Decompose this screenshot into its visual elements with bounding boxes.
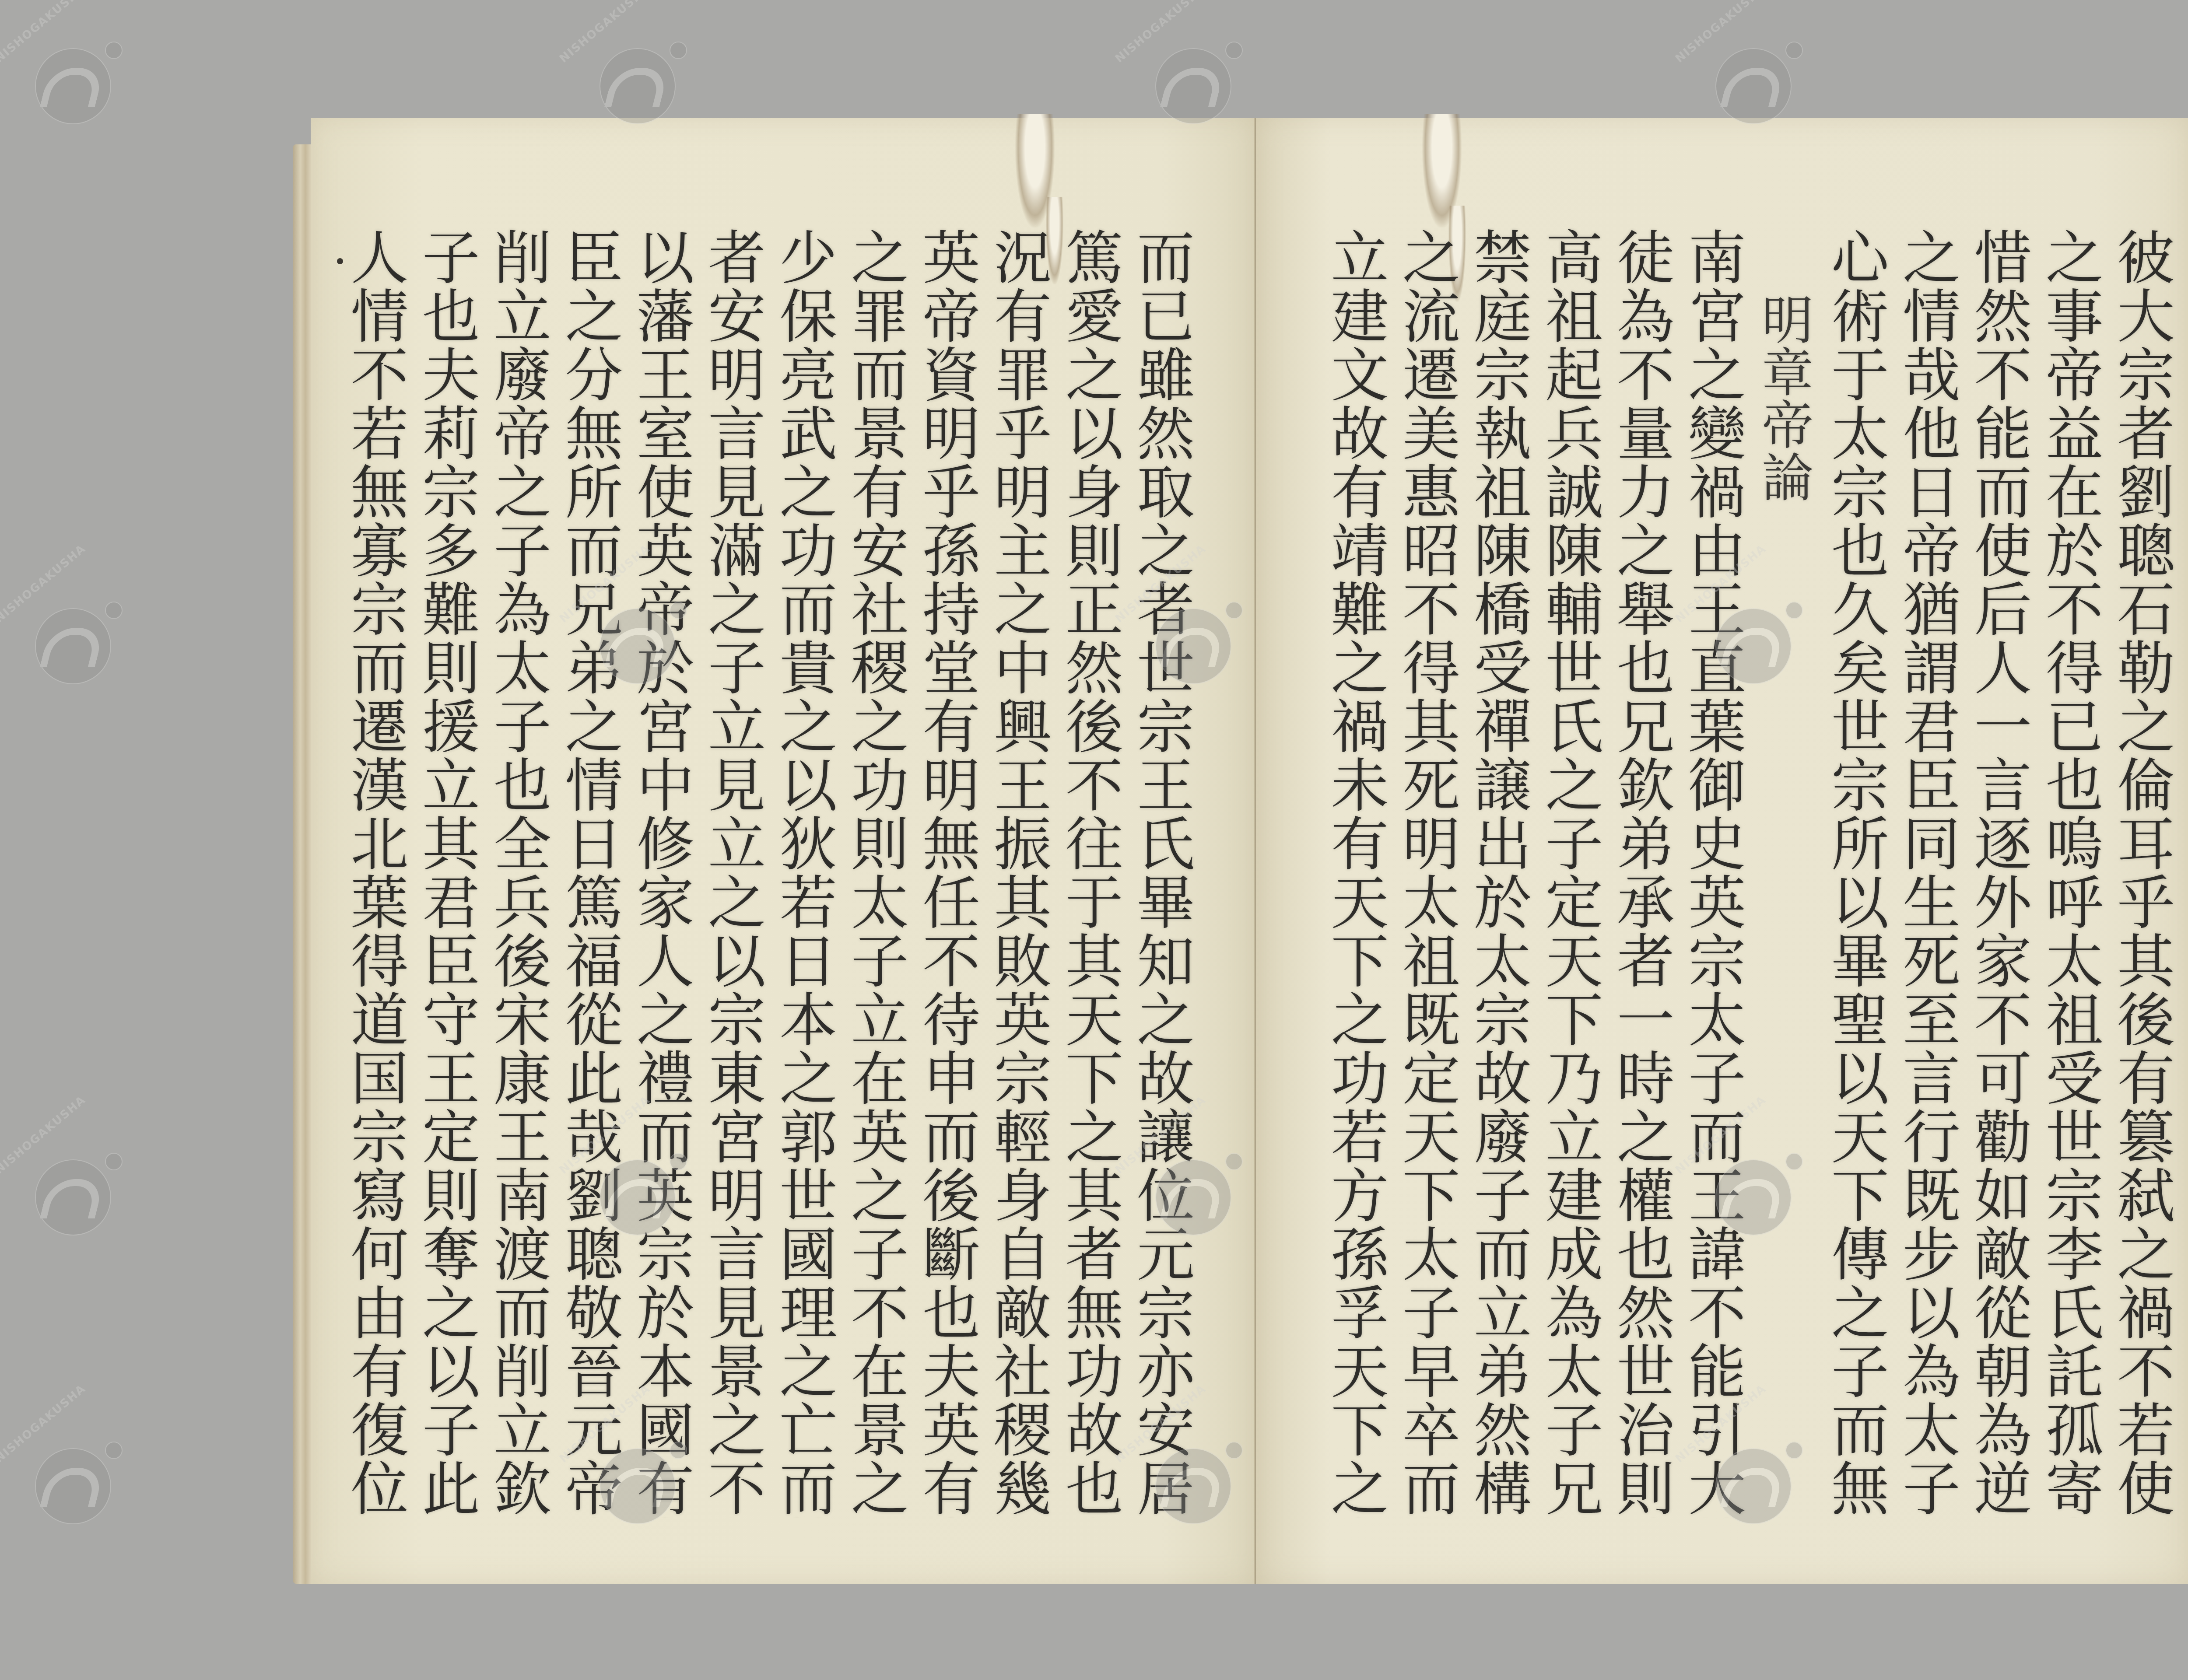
nishogakusha-logo-icon: NISHOGAKUSHA	[18, 1426, 118, 1527]
text-column: 之流遷美惠昭不得其死明太祖既定天下太子早卒而立王為孫	[1393, 227, 1464, 1518]
watermark-label: NISHOGAKUSHA	[557, 0, 653, 66]
text-column: 之罪而景有安社稷之功則太子立在英之子不在景之子且夫景帝有	[842, 227, 913, 1518]
text-column: 高祖起兵誠陳輔世氏之子定天下乃立建成為太子兄弟無争者無流	[1536, 227, 1607, 1518]
right-page: 彼大宗者劉聰石勒之倫耳乎其後有篡弑之禍不若使我有遜讓之事帝益在於不得已也嗚呼太祖…	[1256, 118, 2188, 1584]
text-column: 之情哉他日帝猶謂君臣同生死至言行既步以為太子天子禍悲此皆所及之事之	[1893, 227, 1965, 1518]
nishogakusha-logo-icon: NISHOGAKUSHA	[1138, 26, 1238, 127]
nishogakusha-logo-icon: NISHOGAKUSHA	[18, 586, 118, 687]
nishogakusha-logo-icon: NISHOGAKUSHA	[1698, 26, 1799, 127]
text-column: 削立廢帝之子為太子也全兵後宋康王南渡而削立欽宗之子為太	[484, 227, 556, 1518]
nishogakusha-logo-icon: NISHOGAKUSHA	[18, 1137, 118, 1238]
text-column: 彼大宗者劉聰石勒之倫耳乎其後有篡弑之禍不若使我有遜讓	[2108, 227, 2179, 1518]
text-column: 篤愛之以身則正然後不往于其天下之其者無功故也夫無功且不可而	[1056, 227, 1127, 1518]
text-column: 英帝資明乎孫持堂有明無任不待申而後斷也夫英有廢社稷	[913, 227, 985, 1518]
text-column: 而已雖然取之者世宗王氏畢知之故讓位元宗亦安居且此數君以	[1128, 227, 1199, 1518]
watermark-label: NISHOGAKUSHA	[0, 542, 88, 626]
nishogakusha-logo-icon: NISHOGAKUSHA	[582, 26, 683, 127]
right-page-text: 彼大宗者劉聰石勒之倫耳乎其後有篡弑之禍不若使我有遜讓之事帝益在於不得已也嗚呼太祖…	[1322, 227, 2179, 1584]
text-column: 少保亮武之功而貴之以狄若日本之郭世國理之亡而勢之難也為讓	[770, 227, 842, 1518]
text-column: 禁庭宗執祖陳橋受禪譲出於太宗故廢子而立弟然構禍國有大亂	[1465, 227, 1536, 1518]
left-page-stack-edge	[293, 144, 311, 1584]
nishogakusha-logo-icon: NISHOGAKUSHA	[18, 26, 118, 127]
watermark-label: NISHOGAKUSHA	[1673, 0, 1769, 66]
section-title-column: 明章帝論	[1750, 227, 1822, 1584]
watermark-label: NISHOGAKUSHA	[0, 0, 88, 66]
text-column: 況有罪乎明主之中興王振其敗英宗輕身自敵社稷幾危者罪	[985, 227, 1056, 1518]
text-column: 徒為不量力之舉也兄欽弟承者一時之權也然世治則論長廿則依功君	[1607, 227, 1679, 1518]
text-column: 臣之分無所而兄弟之情日篤福從此哉劉聰敬晉元帝事世不	[556, 227, 627, 1518]
watermark-label: NISHOGAKUSHA	[0, 1382, 88, 1466]
text-column: 子也夫莉宗多難則援立其君臣守王定則奪之以子此固之子天下	[413, 227, 484, 1518]
text-column: 之事帝益在於不得已也嗚呼太祖受世宗李氏託孤寄命臣取天下	[2036, 227, 2107, 1518]
open-book: 而已雖然取之者世宗王氏畢知之故讓位元宗亦安居且此數君以篤愛之以身則正然後不往于其…	[293, 118, 2188, 1584]
left-page: 而已雖然取之者世宗王氏畢知之故讓位元宗亦安居且此數君以篤愛之以身則正然後不往于其…	[311, 118, 1256, 1584]
watermark-label: NISHOGAKUSHA	[1113, 0, 1209, 66]
text-column: 以藩王室使英帝於宮中修家人之禮而英宗於本國有太上之尊君	[627, 227, 698, 1518]
left-page-text: 而已雖然取之者世宗王氏畢知之故讓位元宗亦安居且此數君以篤愛之以身則正然後不往于其…	[341, 227, 1199, 1518]
text-column: 惜然不能而使后人一言逐外家不可勸如敵從朝為逆難棄為叔有此意之	[1965, 227, 2036, 1518]
text-column: 人情不若無寡宗而遷漢北葉得道国宗寫何由有復位之一哉	[341, 227, 413, 1518]
text-column: 者安明言見滿之子立見立之以宗東宮明言見景之不立立逢封之	[699, 227, 770, 1518]
text-column: 心術于太宗也久矣世宗所以畢聖以天下傳之子而無所顧慮也	[1822, 227, 1893, 1518]
text-column: 立建文故有靖難之禍未有天下之功若方孫孚天下之奉未有他人據慶	[1322, 227, 1393, 1518]
text-column: 南宮之變禍由王直葉御史英宗太子而王諱不能引大義以為之也使之死子	[1679, 227, 1750, 1518]
watermark-label: NISHOGAKUSHA	[0, 1093, 88, 1177]
